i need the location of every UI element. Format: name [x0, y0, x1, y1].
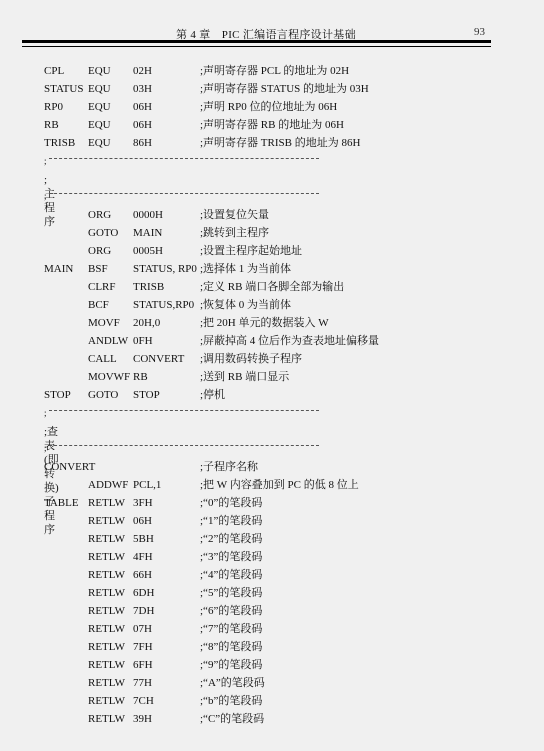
code-opcode: EQU [88, 100, 111, 114]
code-label: STOP [44, 388, 71, 402]
code-operand: RB [133, 370, 148, 384]
code-label: RP0 [44, 100, 63, 114]
code-opcode: RETLW [88, 676, 125, 690]
page-number: 93 [474, 26, 485, 38]
code-comment: ;“6”的笔段码 [200, 604, 262, 618]
code-operand: 20H,0 [133, 316, 160, 330]
code-opcode: EQU [88, 64, 111, 78]
code-opcode: RETLW [88, 622, 125, 636]
code-comment: ;声明寄存器 STATUS 的地址为 03H [200, 82, 369, 96]
code-operand: 7FH [133, 640, 153, 654]
code-opcode: RETLW [88, 712, 125, 726]
code-operand: 0000H [133, 208, 163, 222]
code-comment: ;把 W 内容叠加到 PC 的低 8 位上 [200, 478, 359, 492]
code-operand: STOP [133, 388, 160, 402]
code-comment: ;声明寄存器 RB 的地址为 06H [200, 118, 344, 132]
code-opcode: RETLW [88, 586, 125, 600]
code-comment: ;“A”的笔段码 [200, 676, 265, 690]
code-opcode: RETLW [88, 640, 125, 654]
code-comment: ;“9”的笔段码 [200, 658, 262, 672]
code-comment: ;调用数码转换子程序 [200, 352, 302, 366]
code-operand: 66H [133, 568, 152, 582]
code-opcode: MOVF [88, 316, 120, 330]
code-comment: ;声明寄存器 TRISB 的地址为 86H [200, 136, 360, 150]
code-operand: TRISB [133, 280, 164, 294]
separator-semicolon: ; [44, 409, 47, 417]
code-comment: ;恢复体 0 为当前体 [200, 298, 291, 312]
code-comment: ;子程序名称 [200, 460, 258, 474]
code-operand: 7CH [133, 694, 154, 708]
code-comment: ;设置复位矢量 [200, 208, 269, 222]
code-operand: 06H [133, 118, 152, 132]
code-label: CONVERT [44, 460, 95, 474]
code-comment: ;声明 RP0 位的位地址为 06H [200, 100, 337, 114]
code-comment: ;定义 RB 端口各脚全部为输出 [200, 280, 344, 294]
code-opcode: CALL [88, 352, 117, 366]
code-operand: 02H [133, 64, 152, 78]
header-rule-thin [22, 46, 491, 47]
code-operand: 6DH [133, 586, 154, 600]
code-operand: 7DH [133, 604, 154, 618]
code-comment: ;“3”的笔段码 [200, 550, 262, 564]
code-comment: ;送到 RB 端口显示 [200, 370, 289, 384]
separator-semicolon: ; [44, 192, 47, 200]
code-comment: ;停机 [200, 388, 225, 402]
code-operand: 0FH [133, 334, 153, 348]
code-label: TRISB [44, 136, 75, 150]
code-opcode: EQU [88, 82, 111, 96]
separator-line [49, 410, 319, 412]
code-comment: ;设置主程序起始地址 [200, 244, 302, 258]
code-opcode: RETLW [88, 604, 125, 618]
code-opcode: BSF [88, 262, 108, 276]
code-operand: 06H [133, 100, 152, 114]
code-opcode: GOTO [88, 388, 118, 402]
page-header: 第 4 章 PIC 汇编语言程序设计基础 93 [0, 26, 544, 40]
code-comment: ;“0”的笔段码 [200, 496, 262, 510]
code-operand: 3FH [133, 496, 153, 510]
code-opcode: RETLW [88, 550, 125, 564]
code-label: MAIN [44, 262, 73, 276]
code-opcode: RETLW [88, 496, 125, 510]
code-comment: ;“b”的笔段码 [200, 694, 262, 708]
code-opcode: RETLW [88, 514, 125, 528]
code-opcode: BCF [88, 298, 109, 312]
code-operand: 5BH [133, 532, 154, 546]
code-operand: STATUS,RP0 [133, 298, 194, 312]
code-opcode: ADDWF [88, 478, 128, 492]
code-operand: 77H [133, 676, 152, 690]
code-operand: 39H [133, 712, 152, 726]
code-label: CPL [44, 64, 64, 78]
code-comment: ;把 20H 单元的数据装入 W [200, 316, 329, 330]
code-opcode: RETLW [88, 568, 125, 582]
code-opcode: MOVWF [88, 370, 130, 384]
code-operand: 06H [133, 514, 152, 528]
code-label: STATUS [44, 82, 83, 96]
code-comment: ;“1”的笔段码 [200, 514, 262, 528]
code-operand: MAIN [133, 226, 162, 240]
code-label: TABLE [44, 496, 79, 510]
separator-line [49, 158, 319, 160]
code-operand: STATUS, RP0 [133, 262, 197, 276]
separator-semicolon: ; [44, 157, 47, 165]
header-rule-thick [22, 40, 491, 43]
separator-line [49, 193, 319, 195]
code-comment: ;“7”的笔段码 [200, 622, 262, 636]
code-opcode: EQU [88, 136, 111, 150]
code-comment: ;跳转到主程序 [200, 226, 269, 240]
code-comment: ;“8”的笔段码 [200, 640, 262, 654]
code-operand: 07H [133, 622, 152, 636]
code-opcode: RETLW [88, 694, 125, 708]
code-opcode: CLRF [88, 280, 116, 294]
code-operand: 0005H [133, 244, 163, 258]
code-operand: 03H [133, 82, 152, 96]
code-opcode: ANDLW [88, 334, 128, 348]
code-operand: PCL,1 [133, 478, 161, 492]
code-comment: ;“5”的笔段码 [200, 586, 262, 600]
code-label: RB [44, 118, 59, 132]
code-comment: ;“2”的笔段码 [200, 532, 262, 546]
section-title-main: ;主程序 [44, 173, 55, 187]
code-operand: 6FH [133, 658, 153, 672]
code-comment: ;屏蔽掉高 4 位后作为查表地址偏移量 [200, 334, 379, 348]
code-opcode: RETLW [88, 658, 125, 672]
code-opcode: GOTO [88, 226, 118, 240]
section-title-table: ;查表(即转换)子程序 [44, 425, 59, 439]
code-opcode: EQU [88, 118, 111, 132]
code-comment: ;选择体 1 为当前体 [200, 262, 291, 276]
code-operand: 4FH [133, 550, 153, 564]
separator-line [49, 445, 319, 447]
separator-semicolon: ; [44, 444, 47, 452]
code-opcode: RETLW [88, 532, 125, 546]
code-comment: ;“4”的笔段码 [200, 568, 262, 582]
code-comment: ;“C”的笔段码 [200, 712, 264, 726]
code-operand: 86H [133, 136, 152, 150]
code-comment: ;声明寄存器 PCL 的地址为 02H [200, 64, 349, 78]
code-operand: CONVERT [133, 352, 184, 366]
code-opcode: ORG [88, 208, 111, 222]
code-opcode: ORG [88, 244, 111, 258]
